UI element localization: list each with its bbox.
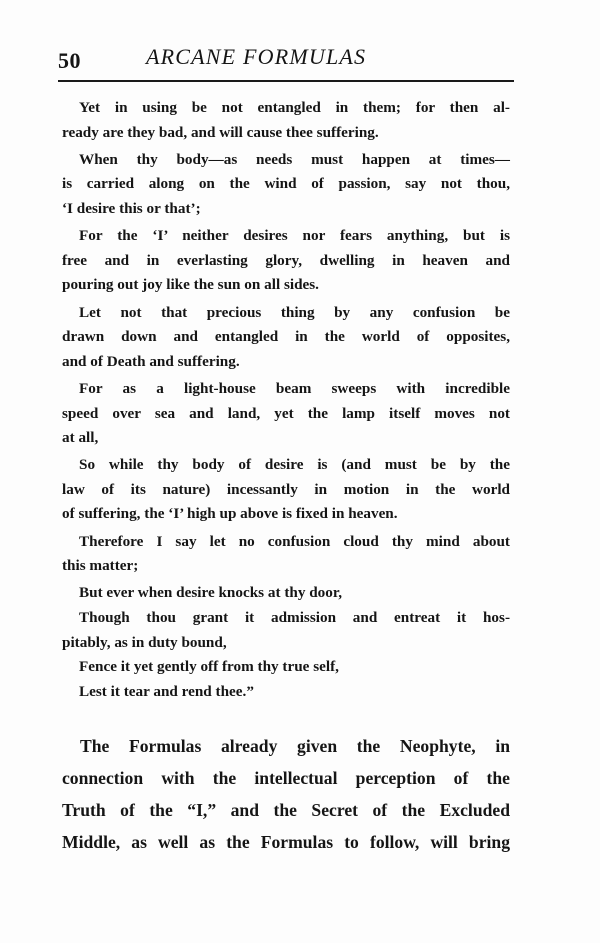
- text-line: pouring out joy like the sun on all side…: [62, 273, 510, 298]
- header-rule: [58, 80, 514, 82]
- text-line: pitably, as in duty bound,: [62, 631, 510, 656]
- text-line: of suffering, the ‘I’ high up above is f…: [62, 502, 510, 527]
- text-line: drawn down and entangled in the world of…: [62, 325, 510, 350]
- text-line: this matter;: [62, 554, 510, 579]
- text-line: Though thou grant it admission and entre…: [62, 606, 510, 631]
- text-line: Fence it yet gently off from thy true se…: [62, 655, 510, 680]
- text-line: Therefore I say let no confusion cloud t…: [62, 530, 510, 555]
- text-line: Truth of the “I,” and the Secret of the …: [62, 794, 510, 826]
- text-line: connection with the intellectual percept…: [62, 762, 510, 794]
- text-line: The Formulas already given the Neophyte,…: [62, 730, 510, 762]
- text-line: So while thy body of desire is (and must…: [62, 453, 510, 478]
- text-line: law of its nature) incessantly in motion…: [62, 478, 510, 503]
- text-line: When thy body—as needs must happen at ti…: [62, 148, 510, 173]
- quotation-block: Yet in using be not entangled in them; f…: [62, 96, 510, 704]
- text-line: and of Death and suffering.: [62, 350, 510, 375]
- text-line: But ever when desire knocks at thy door,: [62, 581, 510, 606]
- running-head: 50 ARCANE FORMULAS: [58, 44, 514, 76]
- prose-paragraph: The Formulas already given the Neophyte,…: [62, 730, 510, 858]
- text-line: Lest it tear and rend thee.”: [62, 680, 510, 705]
- text-line: For the ‘I’ neither desires nor fears an…: [62, 224, 510, 249]
- book-page: 50 ARCANE FORMULAS Yet in using be not e…: [0, 0, 600, 943]
- running-title: ARCANE FORMULAS: [146, 44, 366, 70]
- text-line: For as a light-house beam sweeps with in…: [62, 377, 510, 402]
- text-line: free and in everlasting glory, dwelling …: [62, 249, 510, 274]
- text-line: Yet in using be not entangled in them; f…: [62, 96, 510, 121]
- text-line: ready are they bad, and will cause thee …: [62, 121, 510, 146]
- text-line: ‘I desire this or that’;: [62, 197, 510, 222]
- page-number: 50: [58, 48, 81, 74]
- text-line: is carried along on the wind of passion,…: [62, 172, 510, 197]
- text-line: at all,: [62, 426, 510, 451]
- text-line: Middle, as well as the Formulas to follo…: [62, 826, 510, 858]
- text-line: Let not that precious thing by any confu…: [62, 301, 510, 326]
- text-line: speed over sea and land, yet the lamp it…: [62, 402, 510, 427]
